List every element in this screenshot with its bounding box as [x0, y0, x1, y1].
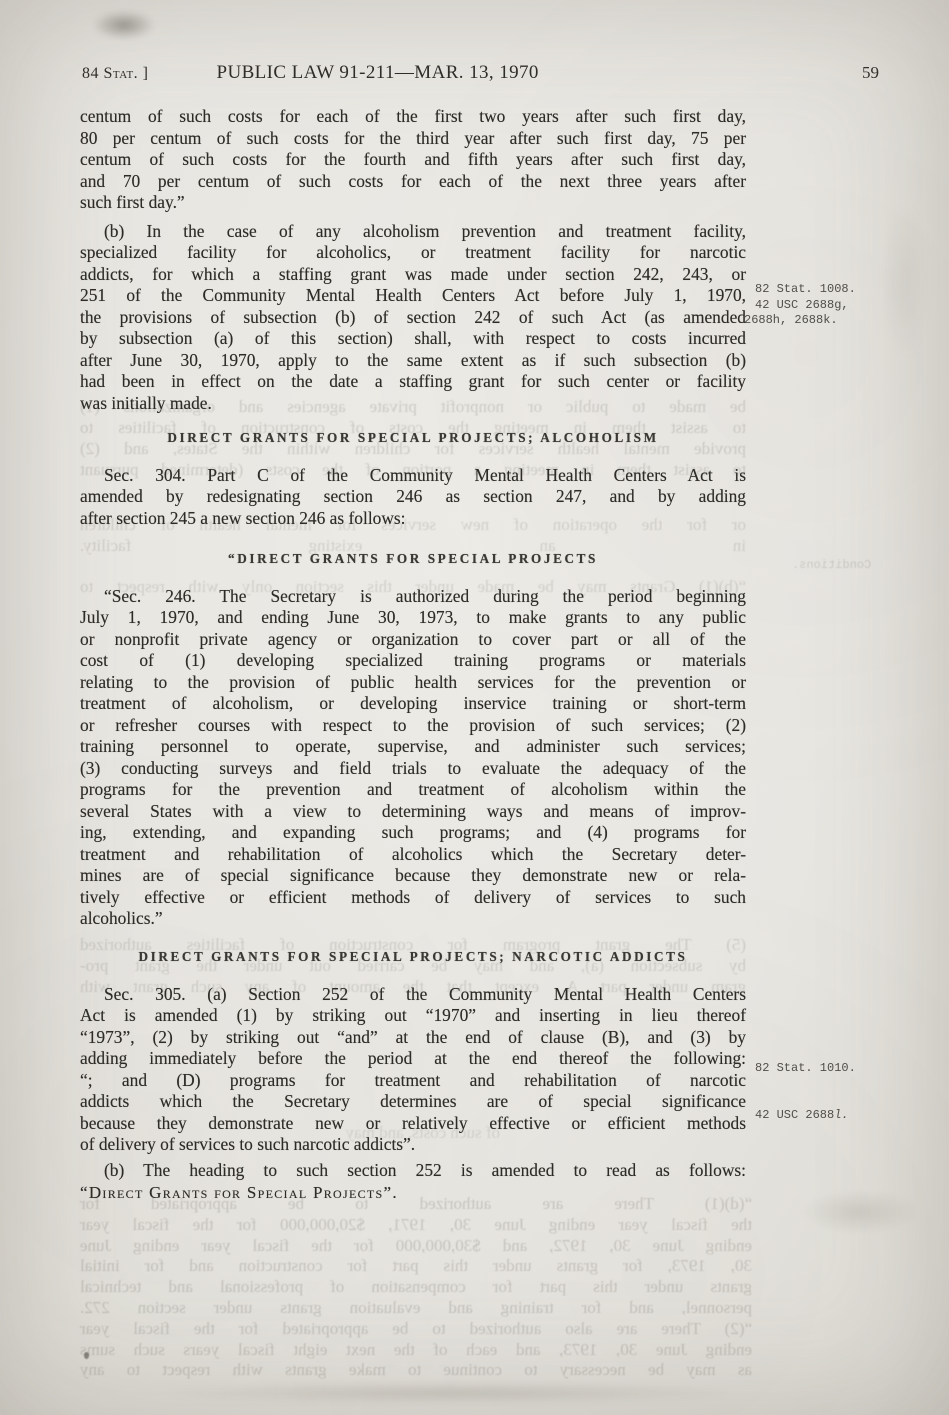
- ghost-bleedthrough-bottom-line: ending June 30, 1972, and $30,000,000 fo…: [80, 1236, 752, 1257]
- para-costs-continuation: centum of such costs for each of the fir…: [80, 106, 746, 214]
- para-sec-246-line: treatment of alcoholism, or developing i…: [80, 693, 746, 715]
- para-b-staffing-grants: (b) In the case of any alcoholism preven…: [80, 221, 746, 415]
- smudge-bottom-band: [170, 1382, 730, 1404]
- para-sec-305-line: Act is amended (1) by striking out “1970…: [80, 1005, 746, 1027]
- para-sec-305: Sec. 305. (a) Section 252 of the Communi…: [80, 984, 746, 1156]
- para-sec-246-line: programs for the prevention and treatmen…: [80, 779, 746, 801]
- para-sec-246-line: training personnel to operate, supervise…: [80, 736, 746, 758]
- ghost-margin-note-conditions: Conditions.: [792, 558, 871, 572]
- ghost-bleedthrough-bottom-line: “(2) There are also authorized to be app…: [80, 1319, 752, 1340]
- running-header: 84 Stat. ] PUBLIC LAW 91-211—MAR. 13, 19…: [82, 62, 879, 84]
- para-sec-304-line: amended by redesignating section 246 as …: [80, 486, 746, 508]
- para-b2-heading-amended-line: (b) The heading to such section 252 is a…: [80, 1160, 746, 1182]
- para-costs-continuation-line: 80 per centum of such costs for the thir…: [80, 128, 746, 150]
- statute-text-column: centum of such costs for each of the fir…: [80, 106, 746, 1204]
- scanned-statute-page: be made to public or nonprofit private a…: [0, 0, 949, 1415]
- ghost-bleedthrough-bottom: “(d)(1) There are authorized to be appro…: [80, 1194, 752, 1381]
- para-sec-305-line: addicts which the Secretary determines a…: [80, 1091, 746, 1113]
- margin-note-stat-1010: 82 Stat. 1010. 42 USC 2688l.: [755, 1030, 856, 1154]
- para-sec-246-line: or nonprofit private agency or organizat…: [80, 629, 746, 651]
- para-sec-246-line: tively effective or efficient methods of…: [80, 887, 746, 909]
- quoted-section-heading-smallcaps: “Direct Grants for Special Projects”.: [80, 1182, 746, 1204]
- para-costs-continuation-line: and 70 per centum of such costs for each…: [80, 171, 746, 193]
- para-b-staffing-grants-line: addicts, for which a staffing grant was …: [80, 264, 746, 286]
- para-sec-305-line: adding immediately before the period at …: [80, 1048, 746, 1070]
- page-number: 59: [862, 63, 879, 83]
- margin-note-stat-1008-line: 42 USC 2688g,: [744, 298, 856, 314]
- para-sec-304-line: after section 245 a new section 246 as f…: [80, 508, 746, 530]
- para-b-staffing-grants-line: had been in effect on the date a staffin…: [80, 371, 746, 393]
- para-b-staffing-grants-line: by subsection (a) of this section) shall…: [80, 328, 746, 350]
- para-b-staffing-grants-line: the provisions of subsection (b) of sect…: [80, 307, 746, 329]
- para-sec-246-line: July 1, 1970, and ending June 30, 1973, …: [80, 607, 746, 629]
- para-b-staffing-grants-line: after June 30, 1970, apply to the same e…: [80, 350, 746, 372]
- para-b2-heading-amended: (b) The heading to such section 252 is a…: [80, 1160, 746, 1182]
- margin-note-line: 82 Stat. 1010.: [755, 1061, 856, 1077]
- para-sec-246-line: relating to the provision of public heal…: [80, 672, 746, 694]
- para-sec-304: Sec. 304. Part C of the Community Mental…: [80, 465, 746, 530]
- para-costs-continuation-line: such first day.”: [80, 192, 746, 214]
- heading-direct-grants-alcoholism: DIRECT GRANTS FOR SPECIAL PROJECTS; ALCO…: [80, 429, 746, 447]
- para-b-staffing-grants-line: was initially made.: [80, 393, 746, 415]
- para-sec-246-line: or refresher courses with respect to the…: [80, 715, 746, 737]
- ghost-bleedthrough-bottom-line: 30, 1973, for grants under this part for…: [80, 1256, 752, 1277]
- para-costs-continuation-line: centum of such costs for each of the fir…: [80, 106, 746, 128]
- smudge-right-margin-lower: [800, 1190, 920, 1234]
- para-sec-246-line: mines are of special significance becaus…: [80, 865, 746, 887]
- heading-direct-grants-quoted: “DIRECT GRANTS FOR SPECIAL PROJECTS: [80, 550, 746, 568]
- para-sec-246-line: cost of (1) developing specialized train…: [80, 650, 746, 672]
- margin-note-stat-1008-line: 82 Stat. 1008.: [744, 282, 856, 298]
- heading-direct-grants-narcotic: DIRECT GRANTS FOR SPECIAL PROJECTS; NARC…: [80, 948, 746, 966]
- para-sec-304-line: Sec. 304. Part C of the Community Mental…: [80, 465, 746, 487]
- para-sec-305-line: because they demonstrate new or relative…: [80, 1113, 746, 1135]
- para-sec-305-line: “1973”, (2) by striking out “and” at the…: [80, 1027, 746, 1049]
- para-sec-246-line: alcoholics.”: [80, 908, 746, 930]
- ghost-bleedthrough-bottom-line: as may be necessary to continue to make …: [80, 1360, 752, 1381]
- para-b-staffing-grants-line: 251 of the Community Mental Health Cente…: [80, 285, 746, 307]
- ghost-bleedthrough-bottom-line: ending June 30, 1973, and each of the ne…: [80, 1340, 752, 1361]
- margin-note-line: 42 USC 2688l.: [755, 1108, 856, 1124]
- para-sec-246-line: (3) conducting surveys and field trials …: [80, 758, 746, 780]
- para-sec-305-line: Sec. 305. (a) Section 252 of the Communi…: [80, 984, 746, 1006]
- margin-note-stat-1008-line: 2688h, 2688k.: [744, 313, 856, 329]
- para-costs-continuation-line: centum of such costs for the fourth and …: [80, 149, 746, 171]
- para-b-staffing-grants-line: (b) In the case of any alcoholism preven…: [80, 221, 746, 243]
- ghost-bleedthrough-bottom-line: the fiscal year ending June 30, 1971, $2…: [80, 1215, 752, 1236]
- para-sec-246-line: treatment and rehabilitation of alcoholi…: [80, 844, 746, 866]
- para-sec-246-line: several States with a view to determinin…: [80, 801, 746, 823]
- ink-dot-bottom-left: [84, 1352, 89, 1359]
- stat-volume-label: 84 Stat. ]: [82, 65, 149, 83]
- ink-smudge-top-left: [92, 10, 156, 40]
- para-sec-305-line: “; and (D) programs for treatment and re…: [80, 1070, 746, 1092]
- para-sec-246: “Sec. 246. The Secretary is authorized d…: [80, 586, 746, 930]
- ghost-bleedthrough-bottom-line: grants under this part for compensation …: [80, 1277, 752, 1298]
- ghost-bleedthrough-bottom-line: personnel, and for training and evaluati…: [80, 1298, 752, 1319]
- para-sec-246-line: “Sec. 246. The Secretary is authorized d…: [80, 586, 746, 608]
- smudge-right-margin: [880, 200, 930, 360]
- para-sec-246-line: ing, extending, and expanding such progr…: [80, 822, 746, 844]
- para-sec-305-line: of delivery of services to such narcotic…: [80, 1134, 746, 1156]
- para-b-staffing-grants-line: specialized facility for alcoholics, or …: [80, 242, 746, 264]
- margin-note-stat-1008: 82 Stat. 1008.42 USC 2688g,2688h, 2688k.: [744, 282, 856, 329]
- law-title: PUBLIC LAW 91-211—MAR. 13, 1970: [217, 62, 539, 84]
